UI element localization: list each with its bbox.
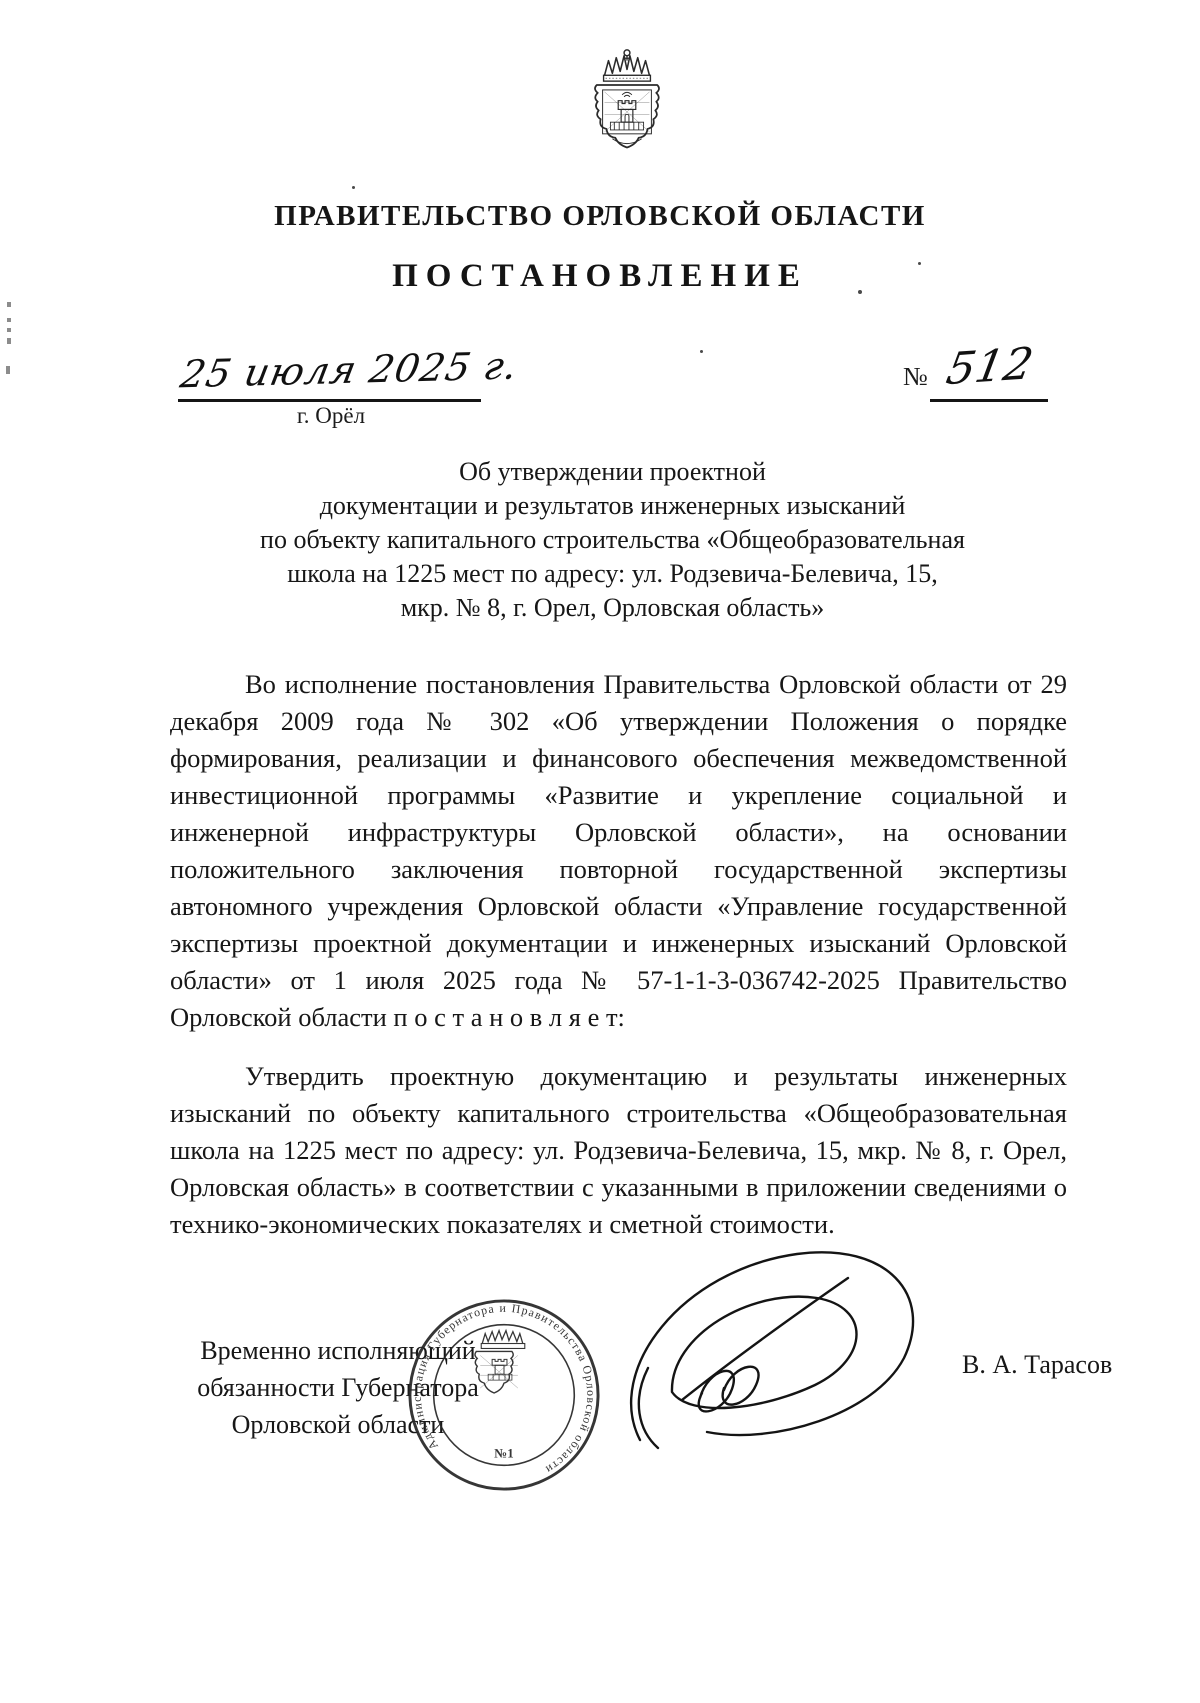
scan-artifact	[7, 338, 11, 344]
paragraph: Во исполнение постановления Правительств…	[170, 666, 1067, 1036]
org-name: ПРАВИТЕЛЬСТВО ОРЛОВСКОЙ ОБЛАСТИ	[0, 200, 1200, 233]
stamp-number: №1	[494, 1446, 513, 1460]
doc-title: Об утверждении проектной документации и …	[180, 455, 1045, 625]
number-underline	[930, 399, 1048, 402]
scan-artifact	[6, 366, 10, 374]
paragraph: Утвердить проектную документацию и резул…	[170, 1058, 1067, 1243]
scan-artifact	[918, 262, 921, 265]
doc-type-title: ПОСТАНОВЛЕНИЕ	[0, 258, 1200, 295]
scan-artifact	[7, 302, 11, 307]
number-handwritten: 512	[943, 336, 1074, 395]
signature-icon	[612, 1240, 932, 1465]
scan-artifact	[700, 350, 703, 353]
date-handwritten: 25 июля 2025 г.	[177, 344, 517, 397]
signer-name: В. А. Тарасов	[962, 1350, 1182, 1380]
scan-artifact	[7, 318, 11, 322]
number-label: №	[903, 362, 928, 392]
stamp-ring-text: Администрация Губернатора и Правительств…	[405, 1296, 603, 1494]
doc-title-line: школа на 1225 мест по адресу: ул. Родзев…	[180, 557, 1045, 591]
coat-of-arms-icon	[583, 46, 671, 168]
doc-title-line: по объекту капитального строительства «О…	[180, 523, 1045, 557]
date-underline	[178, 399, 481, 402]
doc-title-line: документации и результатов инженерных из…	[180, 489, 1045, 523]
scan-artifact	[352, 186, 355, 189]
doc-title-line: Об утверждении проектной	[180, 455, 1045, 489]
scan-artifact	[858, 290, 862, 294]
place-label: г. Орёл	[196, 403, 466, 429]
body-text: Во исполнение постановления Правительств…	[170, 666, 1067, 1265]
doc-title-line: мкр. № 8, г. Орел, Орловская область»	[180, 591, 1045, 625]
official-stamp-icon: Администрация Губернатора и Правительств…	[405, 1296, 603, 1494]
svg-text:Администрация Губернатора и Пр: Администрация Губернатора и Правительств…	[405, 1296, 603, 1494]
scan-artifact	[7, 328, 11, 332]
scanned-decree-page: ПРАВИТЕЛЬСТВО ОРЛОВСКОЙ ОБЛАСТИ ПОСТАНОВ…	[0, 0, 1200, 1703]
